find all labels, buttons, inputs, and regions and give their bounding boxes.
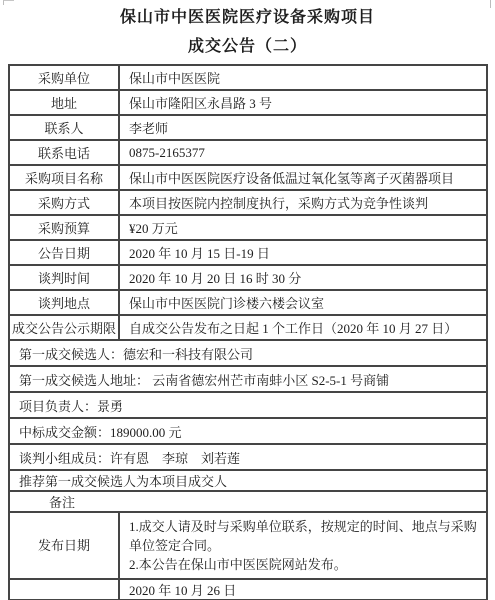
full-row-award-amount: 中标成交金额：189000.00 元 xyxy=(9,418,487,444)
row-value: 本项目按医院内控制度执行，采购方式为竞争性谈判 xyxy=(119,190,487,215)
page-title-line2: 成交公告（二） xyxy=(0,38,495,56)
row-label: 联系电话 xyxy=(9,140,119,165)
announcement-table: 采购单位 保山市中医医院 地址 保山市隆阳区永昌路 3 号 联系人 李老师 联系… xyxy=(8,64,488,600)
table-row: 成交公告公示期限 自成交公告发布之日起 1 个工作日（2020 年 10 月 2… xyxy=(9,315,487,340)
table-row: 采购项目名称 保山市中医医院医疗设备低温过氧化氢等离子灭菌器项目 xyxy=(9,165,487,190)
table-row: 项目负责人：景勇 xyxy=(9,392,487,418)
publish-date-label: 发布日期 xyxy=(9,512,119,579)
publish-note-1: 1.成交人请及时与采购单位联系，按规定的时间、地点与采购单位签定合同。 xyxy=(129,517,480,555)
table-row: 地址 保山市隆阳区永昌路 3 号 xyxy=(9,90,487,115)
row-label: 联系人 xyxy=(9,115,119,140)
table-row: 公告日期 2020 年 10 月 15 日-19 日 xyxy=(9,240,487,265)
full-row-project-manager: 项目负责人：景勇 xyxy=(9,392,487,418)
date-row-label xyxy=(9,579,119,600)
scan-artifact-top-left xyxy=(3,0,14,5)
table-row: 采购预算 ¥20 万元 xyxy=(9,215,487,240)
table-row: 联系人 李老师 xyxy=(9,115,487,140)
table-row: 联系电话 0875-2165377 xyxy=(9,140,487,165)
row-value: 保山市中医医院医疗设备低温过氧化氢等离子灭菌器项目 xyxy=(119,165,487,190)
table-row: 采购方式 本项目按医院内控制度执行，采购方式为竞争性谈判 xyxy=(9,190,487,215)
row-label: 地址 xyxy=(9,90,119,115)
row-value: 2020 年 10 月 15 日-19 日 xyxy=(119,240,487,265)
remark-row: 备注 xyxy=(9,491,487,512)
full-row-panel-members: 谈判小组成员：许有恩 李琼 刘若莲 xyxy=(9,444,487,470)
table-row: 中标成交金额：189000.00 元 xyxy=(9,418,487,444)
row-value: 李老师 xyxy=(119,115,487,140)
table-row: 谈判小组成员：许有恩 李琼 刘若莲 xyxy=(9,444,487,470)
publish-date-value: 2020 年 10 月 26 日 xyxy=(119,579,487,600)
table-row: 第一成交候选人：德宏和一科技有限公司 xyxy=(9,340,487,366)
publish-note-2: 2.本公告在保山市中医医院网站发布。 xyxy=(129,555,480,574)
table-row: 备注 xyxy=(9,491,487,512)
row-label: 谈判地点 xyxy=(9,290,119,315)
remark-label: 备注 xyxy=(10,492,114,511)
row-label: 采购单位 xyxy=(9,65,119,90)
publish-notes: 1.成交人请及时与采购单位联系，按规定的时间、地点与采购单位签定合同。 2.本公… xyxy=(119,512,487,579)
row-label: 采购方式 xyxy=(9,190,119,215)
full-row-winner: 第一成交候选人：德宏和一科技有限公司 xyxy=(9,340,487,366)
table-row: 2020 年 10 月 26 日 xyxy=(9,579,487,600)
table-row: 发布日期 1.成交人请及时与采购单位联系，按规定的时间、地点与采购单位签定合同。… xyxy=(9,512,487,579)
table-row: 谈判时间 2020 年 10 月 20 日 16 时 30 分 xyxy=(9,265,487,290)
row-value: 保山市中医医院 xyxy=(119,65,487,90)
row-value: 2020 年 10 月 20 日 16 时 30 分 xyxy=(119,265,487,290)
row-label: 采购项目名称 xyxy=(9,165,119,190)
table-row: 谈判地点 保山市中医医院门诊楼六楼会议室 xyxy=(9,290,487,315)
table-row: 第一成交候选人地址： 云南省德宏州芒市南蚌小区 S2-5-1 号商铺 xyxy=(9,366,487,392)
row-label: 采购预算 xyxy=(9,215,119,240)
row-label: 谈判时间 xyxy=(9,265,119,290)
page-title-line1: 保山市中医医院医疗设备采购项目 xyxy=(0,0,495,27)
scan-artifact-top-right xyxy=(490,0,491,8)
row-value: 保山市中医医院门诊楼六楼会议室 xyxy=(119,290,487,315)
full-row-winner-address: 第一成交候选人地址： 云南省德宏州芒市南蚌小区 S2-5-1 号商铺 xyxy=(9,366,487,392)
row-value: ¥20 万元 xyxy=(119,215,487,240)
row-value: 0875-2165377 xyxy=(119,140,487,165)
table-row: 推荐第一成交候选人为本项目成交人 xyxy=(9,470,487,491)
full-row-recommendation: 推荐第一成交候选人为本项目成交人 xyxy=(9,470,487,491)
row-value: 保山市隆阳区永昌路 3 号 xyxy=(119,90,487,115)
row-label: 公告日期 xyxy=(9,240,119,265)
table-row: 采购单位 保山市中医医院 xyxy=(9,65,487,90)
row-label: 成交公告公示期限 xyxy=(9,315,119,340)
row-value: 自成交公告发布之日起 1 个工作日（2020 年 10 月 27 日） xyxy=(119,315,487,340)
